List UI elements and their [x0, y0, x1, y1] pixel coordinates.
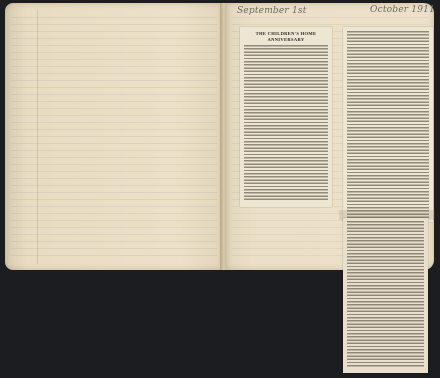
handwritten-date-september: September 1st — [237, 6, 307, 16]
clipping-body-text — [347, 31, 429, 218]
newspaper-clipping-anniversary: THE CHILDREN'S HOME ANNIVERSARY — [240, 27, 332, 207]
newspaper-clipping-continuation — [343, 27, 433, 222]
margin-rule — [37, 9, 38, 264]
handwritten-date-october: October 1911 — [370, 5, 435, 15]
clipping-body-text — [347, 221, 424, 367]
clipping-headline: THE CHILDREN'S HOME ANNIVERSARY — [240, 27, 332, 43]
ruled-lines — [11, 11, 217, 262]
left-page — [5, 3, 223, 270]
clipping-body-text — [244, 45, 328, 201]
newspaper-clipping-extension — [343, 218, 428, 373]
